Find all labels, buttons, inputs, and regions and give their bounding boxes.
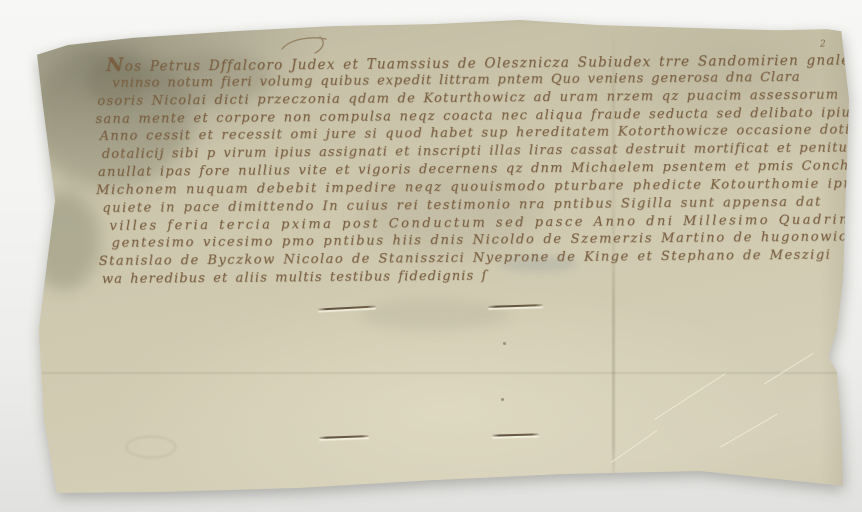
- scratch-mark: [611, 430, 657, 463]
- superscript-mark: 2: [820, 40, 826, 50]
- stain: [360, 300, 510, 330]
- seal-slit: [488, 304, 543, 308]
- scribal-flourish: [280, 34, 332, 56]
- scratch-mark: [655, 373, 726, 420]
- parchment: 2 Nos Petrus Dffalcoro Judex et Tuamssiu…: [0, 0, 862, 512]
- parchment-shadow: 2 Nos Petrus Dffalcoro Judex et Tuamssiu…: [0, 0, 862, 512]
- charter-text: 2 Nos Petrus Dffalcoro Judex et Tuamssiu…: [94, 50, 852, 289]
- seal-slit: [319, 435, 369, 439]
- faint-oval-mark: [126, 436, 176, 458]
- stain: [28, 192, 100, 290]
- photo-backdrop: 2 Nos Petrus Dffalcoro Judex et Tuamssiu…: [0, 0, 862, 512]
- ink-speck: [503, 342, 506, 345]
- scratch-mark: [764, 353, 814, 385]
- ink-speck: [501, 398, 504, 401]
- seal-slit: [492, 433, 539, 436]
- seal-slit: [318, 305, 376, 310]
- scratch-mark: [720, 414, 778, 448]
